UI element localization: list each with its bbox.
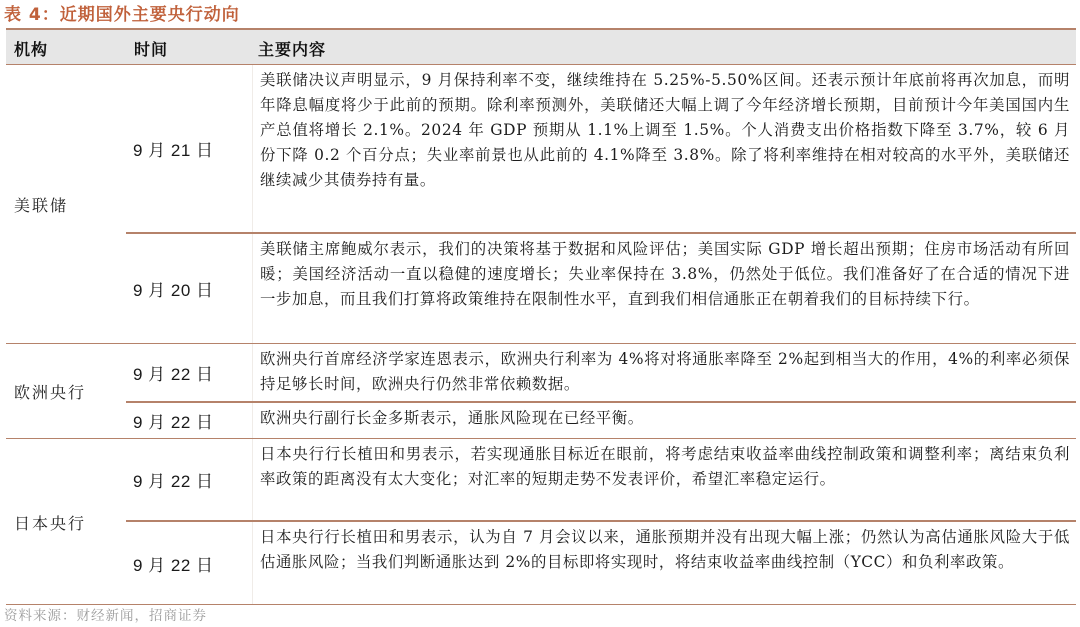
table-row: 9 月 22 日 欧洲央行副行长金多斯表示，通胀风险现在已经平衡。 (126, 401, 1076, 438)
content-cell: 美联储主席鲍威尔表示，我们的决策将基于数据和风险评估；美国实际 GDP 增长超出… (252, 234, 1076, 343)
header-time: 时间 (134, 37, 168, 60)
table-row: 9 月 22 日 欧洲央行首席经济学家连恩表示，欧洲央行利率为 4%将对将通胀率… (126, 344, 1076, 401)
group-ecb: 欧洲央行 9 月 22 日 欧洲央行首席经济学家连恩表示，欧洲央行利率为 4%将… (6, 344, 1076, 439)
institution-cell: 欧洲央行 (14, 380, 124, 403)
header-content: 主要内容 (258, 37, 326, 60)
table-header: 机构 时间 主要内容 (6, 28, 1076, 65)
central-bank-table: 机构 时间 主要内容 美联储 9 月 21 日 美联储决议声明显示，9 月保持利… (6, 28, 1076, 605)
content-cell: 欧洲央行首席经济学家连恩表示，欧洲央行利率为 4%将对将通胀率降至 2%起到相当… (252, 344, 1076, 401)
date-cell: 9 月 22 日 (126, 439, 252, 520)
content-cell: 日本央行行长植田和男表示，若实现通胀目标近在眼前，将考虑结束收益率曲线控制政策和… (252, 439, 1076, 520)
date-cell: 9 月 22 日 (126, 522, 252, 604)
content-cell: 欧洲央行副行长金多斯表示，通胀风险现在已经平衡。 (252, 403, 1076, 438)
group-boj: 日本央行 9 月 22 日 日本央行行长植田和男表示，若实现通胀目标近在眼前，将… (6, 439, 1076, 605)
institution-cell: 日本央行 (14, 511, 124, 534)
table-row: 9 月 21 日 美联储决议声明显示，9 月保持利率不变，继续维持在 5.25%… (126, 65, 1076, 232)
date-cell: 9 月 20 日 (126, 234, 252, 343)
group-fed: 美联储 9 月 21 日 美联储决议声明显示，9 月保持利率不变，继续维持在 5… (6, 65, 1076, 344)
table-row: 9 月 22 日 日本央行行长植田和男表示，若实现通胀目标近在眼前，将考虑结束收… (126, 439, 1076, 520)
content-cell: 日本央行行长植田和男表示，认为自 7 月会议以来，通胀预期并没有出现大幅上涨；仍… (252, 522, 1076, 604)
content-cell: 美联储决议声明显示，9 月保持利率不变，继续维持在 5.25%-5.50%区间。… (252, 65, 1076, 232)
institution-cell: 美联储 (14, 193, 124, 216)
table-title: 表 4：近期国外主要央行动向 (4, 2, 240, 28)
header-institution: 机构 (14, 37, 48, 60)
table-row: 9 月 22 日 日本央行行长植田和男表示，认为自 7 月会议以来，通胀预期并没… (126, 520, 1076, 604)
date-cell: 9 月 21 日 (126, 65, 252, 232)
date-cell: 9 月 22 日 (126, 403, 252, 438)
date-cell: 9 月 22 日 (126, 344, 252, 401)
source-note: 资料来源：财经新闻，招商证券 (4, 604, 207, 624)
table-row: 9 月 20 日 美联储主席鲍威尔表示，我们的决策将基于数据和风险评估；美国实际… (126, 232, 1076, 343)
